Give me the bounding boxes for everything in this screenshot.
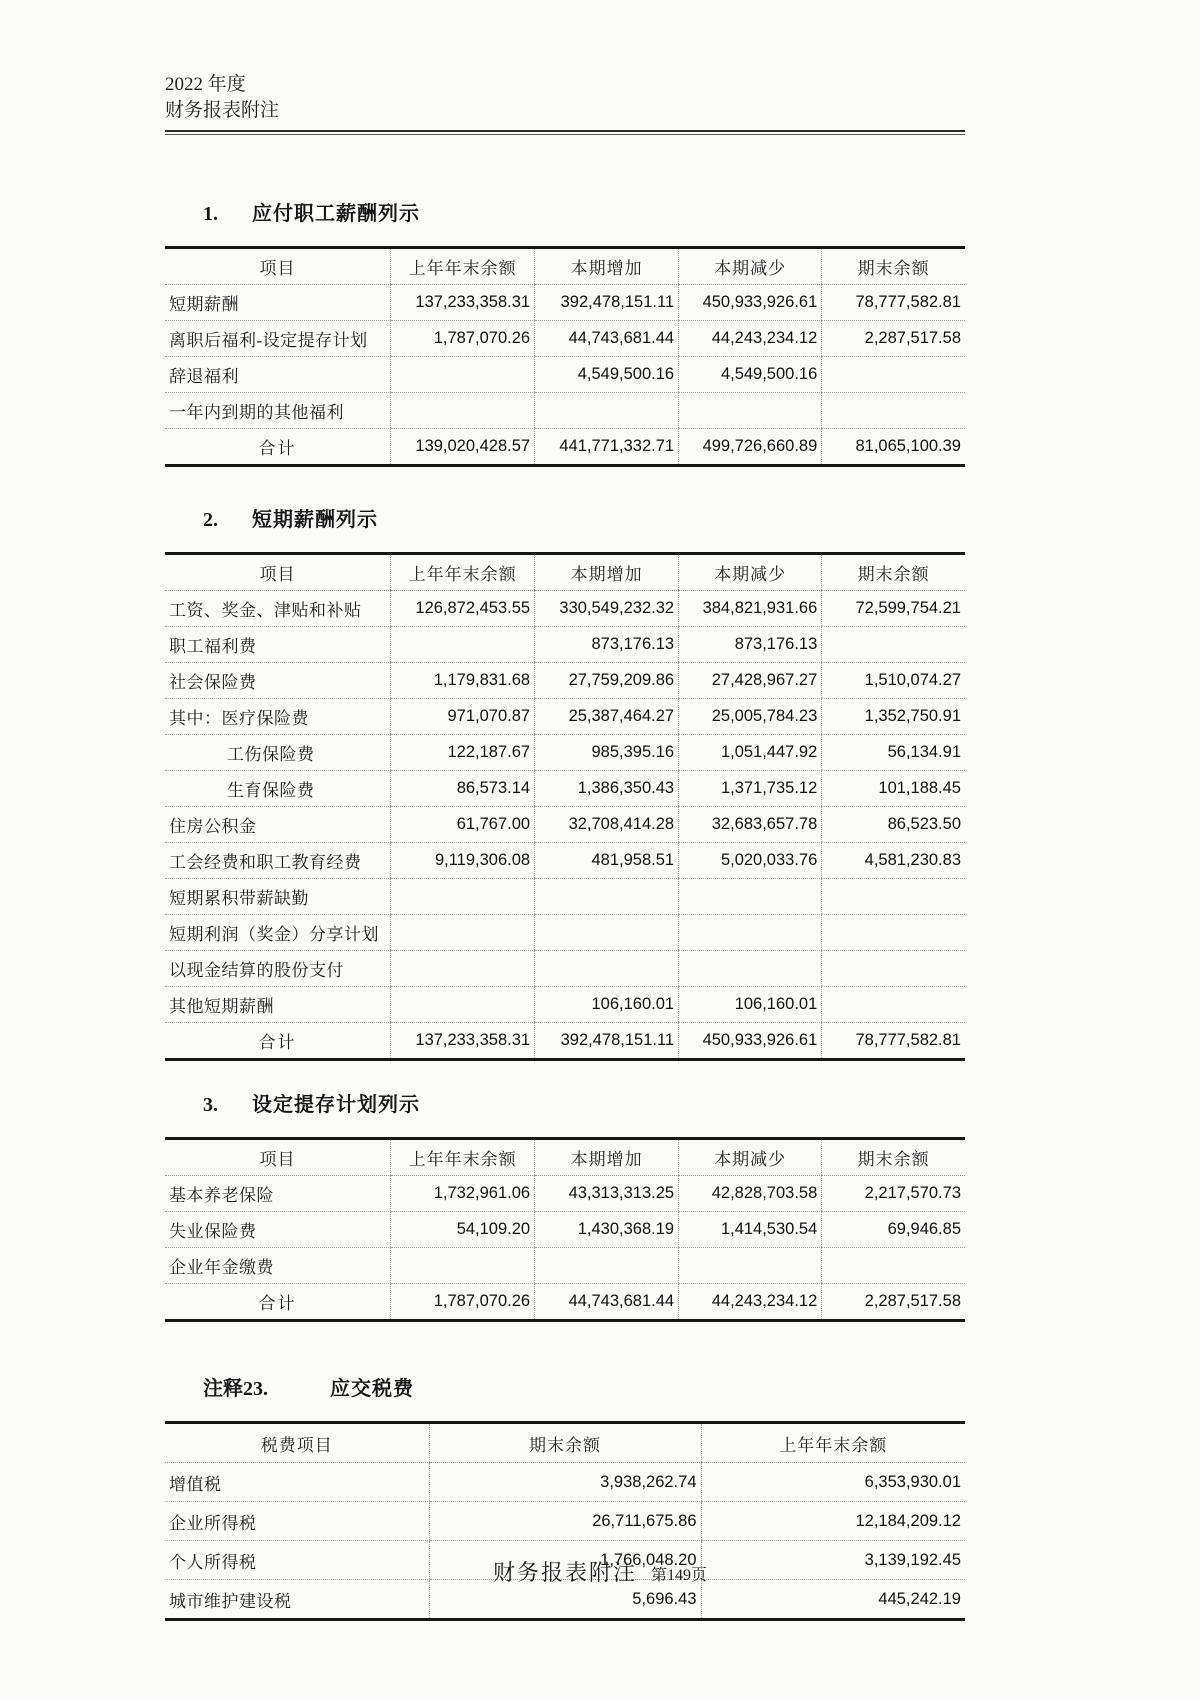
column-header: 项目	[165, 248, 391, 285]
cell-value	[535, 951, 679, 987]
row-label: 短期累积带薪缺勤	[165, 879, 391, 915]
table-row: 企业所得税26,711,675.8612,184,209.12	[165, 1502, 965, 1541]
cell-value: 25,005,784.23	[679, 699, 822, 735]
cell-value: 1,414,530.54	[679, 1212, 822, 1248]
total-row: 合计1,787,070.2644,743,681.4444,243,234.12…	[165, 1284, 965, 1321]
table-row: 以现金结算的股份支付	[165, 951, 965, 987]
cell-value	[391, 951, 535, 987]
cell-value: 137,233,358.31	[391, 1023, 535, 1060]
footer-page-number: 第149页	[651, 1567, 707, 1584]
cell-value	[391, 879, 535, 915]
cell-value: 499,726,660.89	[679, 429, 822, 466]
row-label: 一年内到期的其他福利	[165, 393, 391, 429]
cell-value: 4,581,230.83	[822, 843, 965, 879]
column-header: 期末余额	[822, 248, 965, 285]
table-row: 短期利润（奖金）分享计划	[165, 915, 965, 951]
row-label: 合计	[165, 1023, 391, 1060]
cell-value: 44,743,681.44	[535, 321, 679, 357]
cell-value: 69,946.85	[822, 1212, 965, 1248]
row-label: 工会经费和职工教育经费	[165, 843, 391, 879]
cell-value: 137,233,358.31	[391, 285, 535, 321]
cell-value: 72,599,754.21	[822, 591, 965, 627]
column-header: 期末余额	[429, 1423, 701, 1463]
cell-value	[391, 1248, 535, 1284]
column-header: 本期减少	[679, 248, 822, 285]
cell-value: 9,119,306.08	[391, 843, 535, 879]
column-header: 上年年末余额	[391, 1139, 535, 1176]
row-label: 职工福利费	[165, 627, 391, 663]
row-label: 以现金结算的股份支付	[165, 951, 391, 987]
cell-value: 126,872,453.55	[391, 591, 535, 627]
cell-value: 1,179,831.68	[391, 663, 535, 699]
total-row: 合计137,233,358.31392,478,151.11450,933,92…	[165, 1023, 965, 1060]
column-header: 上年年末余额	[391, 554, 535, 591]
table-row: 失业保险费54,109.201,430,368.191,414,530.5469…	[165, 1212, 965, 1248]
table-row: 一年内到期的其他福利	[165, 393, 965, 429]
defined-contribution-plan-table: 项目上年年末余额本期增加本期减少期末余额基本养老保险1,732,961.0643…	[165, 1137, 965, 1322]
page-footer: 财务报表附注 第149页	[0, 1556, 1200, 1587]
cell-value	[679, 1248, 822, 1284]
cell-value: 450,933,926.61	[679, 1023, 822, 1060]
row-label: 企业所得税	[165, 1502, 429, 1541]
row-label: 工资、奖金、津贴和补贴	[165, 591, 391, 627]
column-header: 本期减少	[679, 1139, 822, 1176]
cell-value: 481,958.51	[535, 843, 679, 879]
table-row: 工会经费和职工教育经费9,119,306.08481,958.515,020,0…	[165, 843, 965, 879]
cell-value	[679, 951, 822, 987]
note-23-heading: 注释23. 应交税费	[165, 1372, 965, 1401]
cell-value: 54,109.20	[391, 1212, 535, 1248]
cell-value	[391, 987, 535, 1023]
footer-title: 财务报表附注	[493, 1560, 637, 1585]
cell-value: 6,353,930.01	[701, 1463, 965, 1502]
cell-value: 1,732,961.06	[391, 1176, 535, 1212]
cell-value: 78,777,582.81	[822, 285, 965, 321]
cell-value	[391, 627, 535, 663]
cell-value: 2,217,570.73	[822, 1176, 965, 1212]
column-header: 期末余额	[822, 554, 965, 591]
table-row: 职工福利费873,176.13873,176.13	[165, 627, 965, 663]
cell-value: 106,160.01	[535, 987, 679, 1023]
table-header-row: 项目上年年末余额本期增加本期减少期末余额	[165, 248, 965, 285]
section-2-title: 短期薪酬列示	[252, 503, 378, 532]
cell-value: 27,428,967.27	[679, 663, 822, 699]
row-label: 辞退福利	[165, 357, 391, 393]
cell-value: 106,160.01	[679, 987, 822, 1023]
cell-value: 4,549,500.16	[679, 357, 822, 393]
row-label: 住房公积金	[165, 807, 391, 843]
note-23-title: 应交税费	[330, 1372, 414, 1401]
cell-value: 450,933,926.61	[679, 285, 822, 321]
row-label: 短期利润（奖金）分享计划	[165, 915, 391, 951]
section-1-heading: 1. 应付职工薪酬列示	[165, 197, 965, 226]
cell-value: 12,184,209.12	[701, 1502, 965, 1541]
cell-value	[391, 393, 535, 429]
cell-value: 1,510,074.27	[822, 663, 965, 699]
table-row: 其中：医疗保险费971,070.8725,387,464.2725,005,78…	[165, 699, 965, 735]
row-label: 社会保险费	[165, 663, 391, 699]
document-page: 2022 年度 财务报表附注 1. 应付职工薪酬列示 项目上年年末余额本期增加本…	[165, 0, 965, 1621]
employee-compensation-table: 项目上年年末余额本期增加本期减少期末余额短期薪酬137,233,358.3139…	[165, 246, 965, 467]
cell-value: 42,828,703.58	[679, 1176, 822, 1212]
table-header-row: 项目上年年末余额本期增加本期减少期末余额	[165, 1139, 965, 1176]
column-header: 上年年末余额	[391, 248, 535, 285]
table-row: 基本养老保险1,732,961.0643,313,313.2542,828,70…	[165, 1176, 965, 1212]
cell-value: 4,549,500.16	[535, 357, 679, 393]
cell-value: 101,188.45	[822, 771, 965, 807]
table-row: 其他短期薪酬106,160.01106,160.01	[165, 987, 965, 1023]
cell-value: 44,743,681.44	[535, 1284, 679, 1321]
table-row: 企业年金缴费	[165, 1248, 965, 1284]
page-header: 2022 年度 财务报表附注	[165, 0, 965, 135]
row-label: 基本养老保险	[165, 1176, 391, 1212]
report-year: 2022 年度	[165, 72, 965, 98]
cell-value: 441,771,332.71	[535, 429, 679, 466]
table-row: 工伤保险费122,187.67985,395.161,051,447.9256,…	[165, 735, 965, 771]
cell-value	[822, 879, 965, 915]
column-header: 本期增加	[535, 554, 679, 591]
cell-value: 873,176.13	[679, 627, 822, 663]
cell-value	[679, 393, 822, 429]
cell-value	[822, 951, 965, 987]
cell-value: 392,478,151.11	[535, 1023, 679, 1060]
cell-value: 1,371,735.12	[679, 771, 822, 807]
cell-value: 985,395.16	[535, 735, 679, 771]
table-row: 住房公积金61,767.0032,708,414.2832,683,657.78…	[165, 807, 965, 843]
cell-value: 1,430,368.19	[535, 1212, 679, 1248]
report-title: 财务报表附注	[165, 98, 965, 124]
column-header: 本期减少	[679, 554, 822, 591]
column-header: 本期增加	[535, 1139, 679, 1176]
row-label: 增值税	[165, 1463, 429, 1502]
table-header-row: 税费项目期末余额上年年末余额	[165, 1423, 965, 1463]
cell-value: 1,787,070.26	[391, 1284, 535, 1321]
cell-value: 5,020,033.76	[679, 843, 822, 879]
cell-value: 971,070.87	[391, 699, 535, 735]
row-label: 生育保险费	[165, 771, 391, 807]
section-3-number: 3.	[203, 1094, 218, 1117]
cell-value	[822, 393, 965, 429]
cell-value: 32,683,657.78	[679, 807, 822, 843]
financial-table: 税费项目期末余额上年年末余额增值税3,938,262.746,353,930.0…	[165, 1421, 965, 1621]
column-header: 期末余额	[822, 1139, 965, 1176]
cell-value: 78,777,582.81	[822, 1023, 965, 1060]
cell-value: 2,287,517.58	[822, 321, 965, 357]
cell-value: 1,352,750.91	[822, 699, 965, 735]
cell-value	[391, 357, 535, 393]
table-row: 生育保险费86,573.141,386,350.431,371,735.1210…	[165, 771, 965, 807]
row-label: 其他短期薪酬	[165, 987, 391, 1023]
short-term-compensation-table: 项目上年年末余额本期增加本期减少期末余额工资、奖金、津贴和补贴126,872,4…	[165, 552, 965, 1061]
section-1-title: 应付职工薪酬列示	[252, 197, 420, 226]
cell-value	[679, 879, 822, 915]
cell-value: 61,767.00	[391, 807, 535, 843]
cell-value	[535, 915, 679, 951]
cell-value	[535, 879, 679, 915]
cell-value: 27,759,209.86	[535, 663, 679, 699]
section-3-heading: 3. 设定提存计划列示	[165, 1088, 965, 1117]
cell-value	[679, 915, 822, 951]
cell-value	[822, 915, 965, 951]
cell-value	[822, 357, 965, 393]
row-label: 工伤保险费	[165, 735, 391, 771]
cell-value	[822, 627, 965, 663]
cell-value: 86,523.50	[822, 807, 965, 843]
column-header: 本期增加	[535, 248, 679, 285]
cell-value	[535, 1248, 679, 1284]
row-label: 合计	[165, 1284, 391, 1321]
cell-value: 1,787,070.26	[391, 321, 535, 357]
column-header: 上年年末余额	[701, 1423, 965, 1463]
cell-value: 2,287,517.58	[822, 1284, 965, 1321]
financial-table: 项目上年年末余额本期增加本期减少期末余额基本养老保险1,732,961.0643…	[165, 1137, 965, 1322]
cell-value: 32,708,414.28	[535, 807, 679, 843]
cell-value: 139,020,428.57	[391, 429, 535, 466]
header-rule	[165, 130, 965, 135]
row-label: 其中：医疗保险费	[165, 699, 391, 735]
table-row: 短期累积带薪缺勤	[165, 879, 965, 915]
cell-value: 384,821,931.66	[679, 591, 822, 627]
taxes-payable-table: 税费项目期末余额上年年末余额增值税3,938,262.746,353,930.0…	[165, 1421, 965, 1621]
column-header: 项目	[165, 554, 391, 591]
section-2-heading: 2. 短期薪酬列示	[165, 503, 965, 532]
section-1-number: 1.	[203, 203, 218, 226]
cell-value: 26,711,675.86	[429, 1502, 701, 1541]
total-row: 合计139,020,428.57441,771,332.71499,726,66…	[165, 429, 965, 466]
row-label: 合计	[165, 429, 391, 466]
cell-value: 1,386,350.43	[535, 771, 679, 807]
cell-value: 873,176.13	[535, 627, 679, 663]
row-label: 短期薪酬	[165, 285, 391, 321]
table-row: 社会保险费1,179,831.6827,759,209.8627,428,967…	[165, 663, 965, 699]
row-label: 失业保险费	[165, 1212, 391, 1248]
cell-value: 330,549,232.32	[535, 591, 679, 627]
section-2-number: 2.	[203, 509, 218, 532]
cell-value: 122,187.67	[391, 735, 535, 771]
cell-value	[822, 987, 965, 1023]
cell-value	[391, 915, 535, 951]
table-row: 离职后福利-设定提存计划1,787,070.2644,743,681.4444,…	[165, 321, 965, 357]
cell-value: 86,573.14	[391, 771, 535, 807]
cell-value: 81,065,100.39	[822, 429, 965, 466]
note-23-number: 注释23.	[203, 1372, 268, 1401]
table-row: 增值税3,938,262.746,353,930.01	[165, 1463, 965, 1502]
financial-table: 项目上年年末余额本期增加本期减少期末余额工资、奖金、津贴和补贴126,872,4…	[165, 552, 965, 1061]
table-row: 短期薪酬137,233,358.31392,478,151.11450,933,…	[165, 285, 965, 321]
table-row: 辞退福利4,549,500.164,549,500.16	[165, 357, 965, 393]
cell-value: 1,051,447.92	[679, 735, 822, 771]
cell-value	[535, 393, 679, 429]
row-label: 离职后福利-设定提存计划	[165, 321, 391, 357]
cell-value: 392,478,151.11	[535, 285, 679, 321]
cell-value: 43,313,313.25	[535, 1176, 679, 1212]
row-label: 企业年金缴费	[165, 1248, 391, 1284]
financial-table: 项目上年年末余额本期增加本期减少期末余额短期薪酬137,233,358.3139…	[165, 246, 965, 467]
column-header: 项目	[165, 1139, 391, 1176]
cell-value: 56,134.91	[822, 735, 965, 771]
cell-value: 3,938,262.74	[429, 1463, 701, 1502]
cell-value: 44,243,234.12	[679, 1284, 822, 1321]
cell-value: 25,387,464.27	[535, 699, 679, 735]
table-row: 工资、奖金、津贴和补贴126,872,453.55330,549,232.323…	[165, 591, 965, 627]
table-header-row: 项目上年年末余额本期增加本期减少期末余额	[165, 554, 965, 591]
section-3-title: 设定提存计划列示	[252, 1088, 420, 1117]
cell-value	[822, 1248, 965, 1284]
cell-value: 44,243,234.12	[679, 321, 822, 357]
column-header: 税费项目	[165, 1423, 429, 1463]
